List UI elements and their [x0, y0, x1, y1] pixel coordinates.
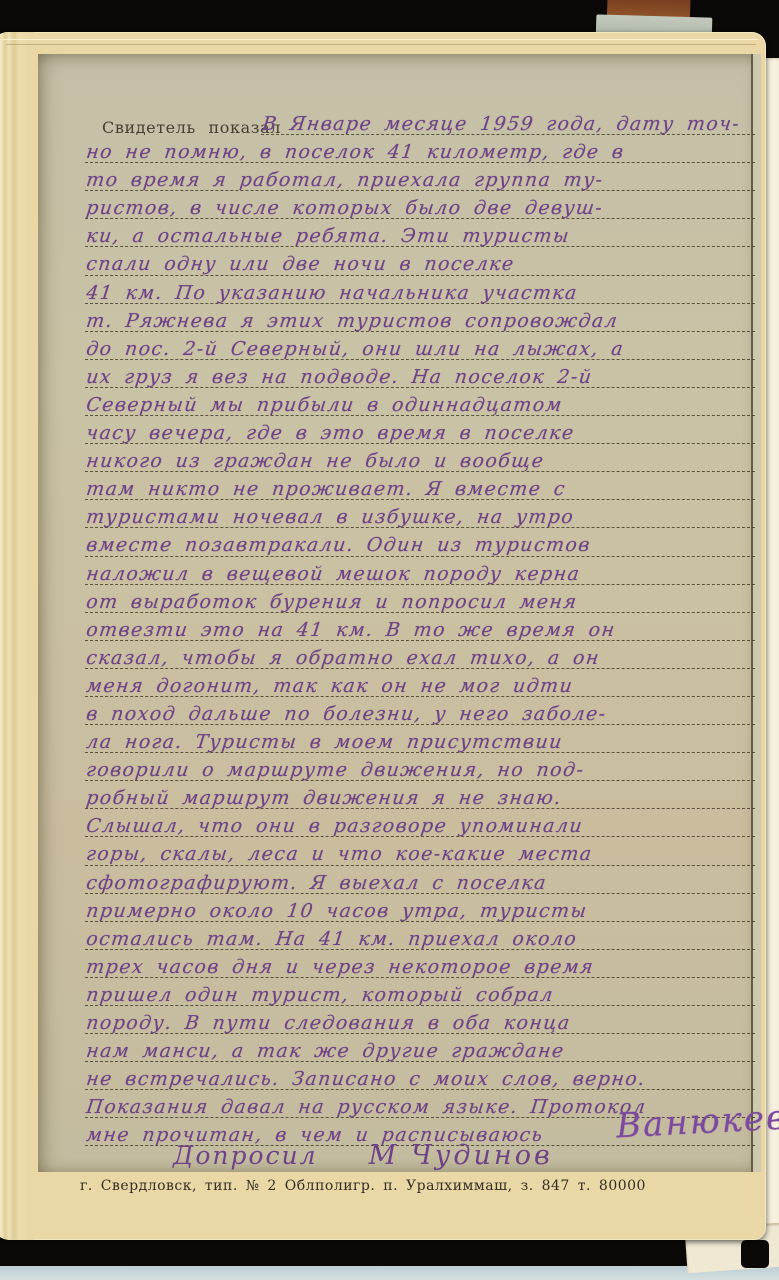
testimony-line: т. Ряжнева я этих туристов сопровождал: [85, 307, 755, 335]
testimony-line: примерно около 10 часов утра, туристы: [85, 897, 755, 925]
testimony-line: Слышал, что они в разговоре упоминали: [85, 812, 755, 840]
handwritten-text: В Январе месяце 1959 года, дату точ-: [261, 110, 742, 135]
testimony-line: сфотографируют. Я выехал с поселка: [85, 869, 755, 897]
testimony-line: но не помню, в поселок 41 километр, где …: [85, 138, 755, 166]
testimony-line: наложил в вещевой мешок породу керна: [85, 560, 755, 588]
testimony-line: горы, скалы, леса и что кое-какие места: [85, 840, 755, 868]
testimony-line: никого из граждан не было и вообще: [85, 447, 755, 475]
page-edge-highlight: [2, 39, 758, 40]
handwritten-text: не встречались. Записано с моих слов, ве…: [85, 1065, 647, 1090]
handwritten-text: Слышал, что они в разговоре упоминали: [85, 812, 585, 837]
handwritten-text: 41 км. По указанию начальника участка: [85, 279, 580, 304]
handwritten-text: но не помню, в поселок 41 километр, где …: [85, 138, 626, 163]
handwritten-text: нам манси, а так же другие граждане: [85, 1037, 566, 1062]
testimony-line: отвезти это на 41 км. В то же время он: [85, 616, 755, 644]
handwritten-text: Северный мы прибыли в одиннадцатом: [85, 391, 565, 416]
handwritten-text: горы, скалы, леса и что кое-какие места: [85, 840, 594, 865]
photo-backdrop: Свидетель показал В Январе месяце 1959 г…: [0, 0, 779, 1280]
handwritten-text: никого из граждан не было и вообще: [85, 447, 546, 472]
testimony-line: Северный мы прибыли в одиннадцатом: [85, 391, 755, 419]
testimony-line: сказал, чтобы я обратно ехал тихо, а он: [85, 644, 755, 672]
scanned-protocol-sheet: Свидетель показал В Январе месяце 1959 г…: [38, 54, 753, 1172]
witness-signature: Ванюкев: [615, 1098, 779, 1147]
handwritten-text: меня догонит, так как он не мог идти: [85, 672, 575, 697]
handwritten-text: то время я работал, приехала группа ту-: [85, 166, 605, 191]
backdrop-gap: [741, 1240, 769, 1268]
handwritten-text: от выработок бурения и попросил меня: [85, 588, 579, 613]
testimony-line: часу вечера, где в это время в поселке: [85, 419, 755, 447]
handwritten-text: в поход дальше по болезни, у него заболе…: [85, 700, 608, 725]
handwritten-text: часу вечера, где в это время в поселке: [85, 419, 576, 444]
testimony-line: до пос. 2-й Северный, они шли на лыжах, …: [85, 335, 755, 363]
testimony-line: ристов, в числе которых было две девуш-: [85, 194, 755, 222]
handwritten-text: ла нога. Туристы в моем присутствии: [85, 728, 565, 753]
handwritten-text: Показания давал на русском языке. Проток…: [85, 1093, 648, 1118]
handwritten-text: вместе позавтракали. Один из туристов: [85, 531, 593, 556]
testimony-line: говорили о маршруте движения, но под-: [85, 756, 755, 784]
testimony-line: ки, а остальные ребята. Эти туристы: [85, 222, 755, 250]
interrogator-label: Допросил: [173, 1141, 318, 1170]
testimony-line: остались там. На 41 км. приехал около: [85, 925, 755, 953]
testimony-line: то время я работал, приехала группа ту-: [85, 166, 755, 194]
interrogator-signature: М Чудинов: [369, 1140, 553, 1171]
testimony-line: пришел один турист, который собрал: [85, 981, 755, 1009]
handwritten-text: говорили о маршруте движения, но под-: [85, 756, 586, 781]
handwritten-text: ки, а остальные ребята. Эти туристы: [85, 222, 572, 247]
testimony-line: породу. В пути следования в оба конца: [85, 1009, 755, 1037]
handwritten-text: остались там. На 41 км. приехал около: [85, 925, 579, 950]
testimony-line: их груз я вез на подводе. На поселок 2-й: [85, 363, 755, 391]
handwritten-text: отвезти это на 41 км. В то же время он: [85, 616, 617, 641]
testimony-line: В Январе месяце 1959 года, дату точ-: [85, 110, 755, 138]
handwritten-text: наложил в вещевой мешок породу керна: [85, 560, 582, 585]
testimony-line: туристами ночевал в избушке, на утро: [85, 503, 755, 531]
table-surface: [0, 1266, 779, 1280]
handwritten-text: трех часов дня и через некоторое время: [85, 953, 596, 978]
testimony-line: нам манси, а так же другие граждане: [85, 1037, 755, 1065]
handwritten-text: т. Ряжнева я этих туристов сопровождал: [85, 307, 620, 332]
testimony-line: там никто не проживает. Я вместе с: [85, 475, 755, 503]
testimony-line: вместе позавтракали. Один из туристов: [85, 531, 755, 559]
handwritten-text: сфотографируют. Я выехал с поселка: [85, 869, 549, 894]
page-edge-shadow: [6, 44, 756, 45]
testimony-line: 41 км. По указанию начальника участка: [85, 279, 755, 307]
page-stack-edge: [0, 32, 34, 1240]
testimony-line: не встречались. Записано с моих слов, ве…: [85, 1065, 755, 1093]
print-shop-footer: г. Свердловск, тип. № 2 Облполигр. п. Ур…: [0, 1178, 734, 1194]
testimony-text: В Январе месяце 1959 года, дату точ-но н…: [85, 110, 755, 1152]
handwritten-text: спали одну или две ночи в поселке: [85, 250, 516, 275]
testimony-line: робный маршрут движения я не знаю.: [85, 784, 755, 812]
handwritten-text: до пос. 2-й Северный, они шли на лыжах, …: [85, 335, 626, 360]
handwritten-text: робный маршрут движения я не знаю.: [85, 784, 564, 809]
testimony-line: в поход дальше по болезни, у него заболе…: [85, 700, 755, 728]
testimony-line: меня догонит, так как он не мог идти: [85, 672, 755, 700]
handwritten-text: ристов, в числе которых было две девуш-: [85, 194, 605, 219]
testimony-line: от выработок бурения и попросил меня: [85, 588, 755, 616]
testimony-line: спали одну или две ночи в поселке: [85, 250, 755, 278]
handwritten-text: там никто не проживает. Я вместе с: [85, 475, 568, 500]
handwritten-text: пришел один турист, который собрал: [85, 981, 556, 1006]
handwritten-text: породу. В пути следования в оба конца: [85, 1009, 572, 1034]
case-file-page: Свидетель показал В Январе месяце 1959 г…: [0, 32, 766, 1240]
handwritten-text: туристами ночевал в избушке, на утро: [85, 503, 576, 528]
handwritten-text: сказал, чтобы я обратно ехал тихо, а он: [85, 644, 602, 669]
handwritten-text: примерно около 10 часов утра, туристы: [85, 897, 589, 922]
handwritten-text: их груз я вез на подводе. На поселок 2-й: [85, 363, 594, 388]
testimony-line: ла нога. Туристы в моем присутствии: [85, 728, 755, 756]
interrogator-row: Допросил М Чудинов: [173, 1140, 553, 1171]
testimony-line: трех часов дня и через некоторое время: [85, 953, 755, 981]
